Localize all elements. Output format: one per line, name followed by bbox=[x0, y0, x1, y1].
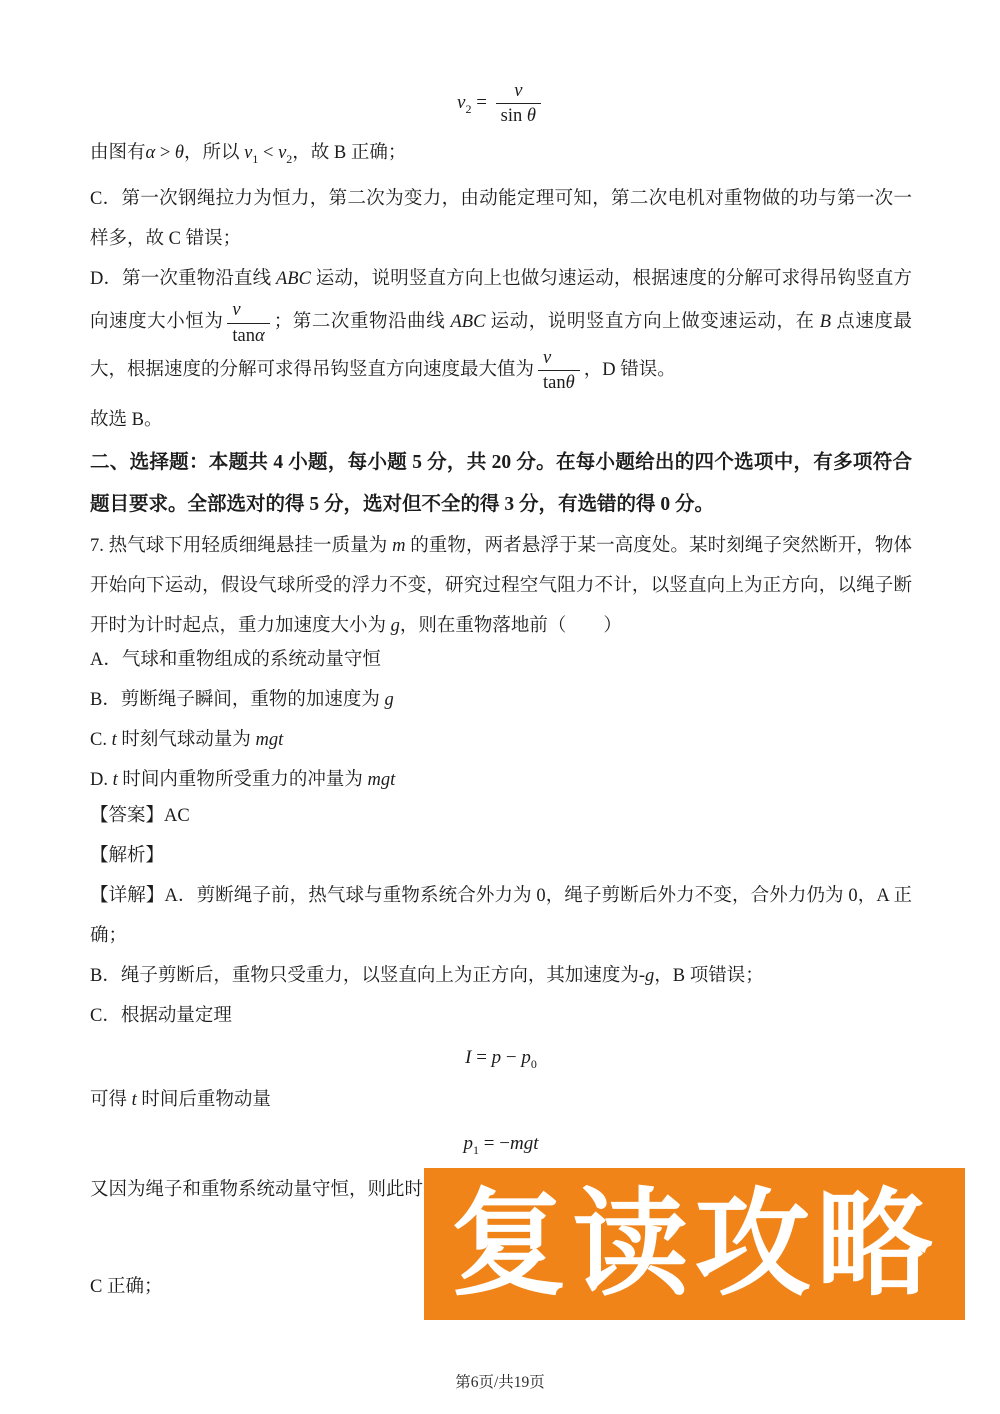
option-a: A．气球和重物组成的系统动量守恒 bbox=[90, 640, 912, 680]
section-heading-multiple-choice: 二、选择题：本题共 4 小题，每小题 5 分，共 20 分。在每小题给出的四个选… bbox=[90, 442, 912, 526]
page-footer: 第6页/共19页 bbox=[0, 1370, 1000, 1392]
analysis-label: 【解析】 bbox=[90, 836, 912, 876]
formula-v2-sin-theta: v2 = vsin θ bbox=[90, 80, 912, 127]
detail-explanation-c: C．根据动量定理 bbox=[90, 996, 912, 1036]
solution-line-alpha-theta: 由图有α > θ，所以 v1 < v2，故 B 正确； bbox=[90, 133, 912, 173]
detail-explanation-a: 【详解】A．剪断绳子前，热气球与重物系统合外力为 0，绳子剪断后外力不变，合外力… bbox=[90, 876, 912, 956]
formula-p1-mgt: p1 = −mgt bbox=[90, 1122, 912, 1166]
solution-conclusion-choose-b: 故选 B。 bbox=[90, 400, 912, 440]
option-c: C. t 时刻气球动量为 mgt bbox=[90, 720, 912, 760]
detail-explanation-b: B．绳子剪断后，重物只受重力，以竖直向上为正方向，其加速度为-g，B 项错误； bbox=[90, 956, 912, 996]
solution-paragraph-option-c: C．第一次钢绳拉力为恒力，第二次为变力，由动能定理可知，第二次电机对重物做的功与… bbox=[90, 179, 912, 259]
solution-paragraph-option-d: D．第一次重物沿直线 ABC 运动，说明竖直方向上也做匀速运动，根据速度的分解可… bbox=[90, 259, 912, 394]
watermark-text: 复读攻略 bbox=[451, 1186, 939, 1302]
question-7-stem: 7. 热气球下用轻质细绳悬挂一质量为 m 的重物，两者悬浮于某一高度处。某时刻绳… bbox=[90, 526, 912, 646]
formula-impulse-momentum: I = p − p0 bbox=[90, 1036, 912, 1080]
exam-solution-page: v2 = vsin θ 由图有α > θ，所以 v1 < v2，故 B 正确； … bbox=[90, 0, 912, 1307]
line-momentum-after-t: 可得 t 时间后重物动量 bbox=[90, 1080, 912, 1120]
option-b: B．剪断绳子瞬间，重物的加速度为 g bbox=[90, 680, 912, 720]
question-7-options: A．气球和重物组成的系统动量守恒 B．剪断绳子瞬间，重物的加速度为 g C. t… bbox=[90, 640, 912, 800]
answer-label: 【答案】AC bbox=[90, 796, 912, 836]
watermark-banner: 复读攻略 bbox=[424, 1168, 965, 1320]
option-d: D. t 时间内重物所受重力的冲量为 mgt bbox=[90, 760, 912, 800]
